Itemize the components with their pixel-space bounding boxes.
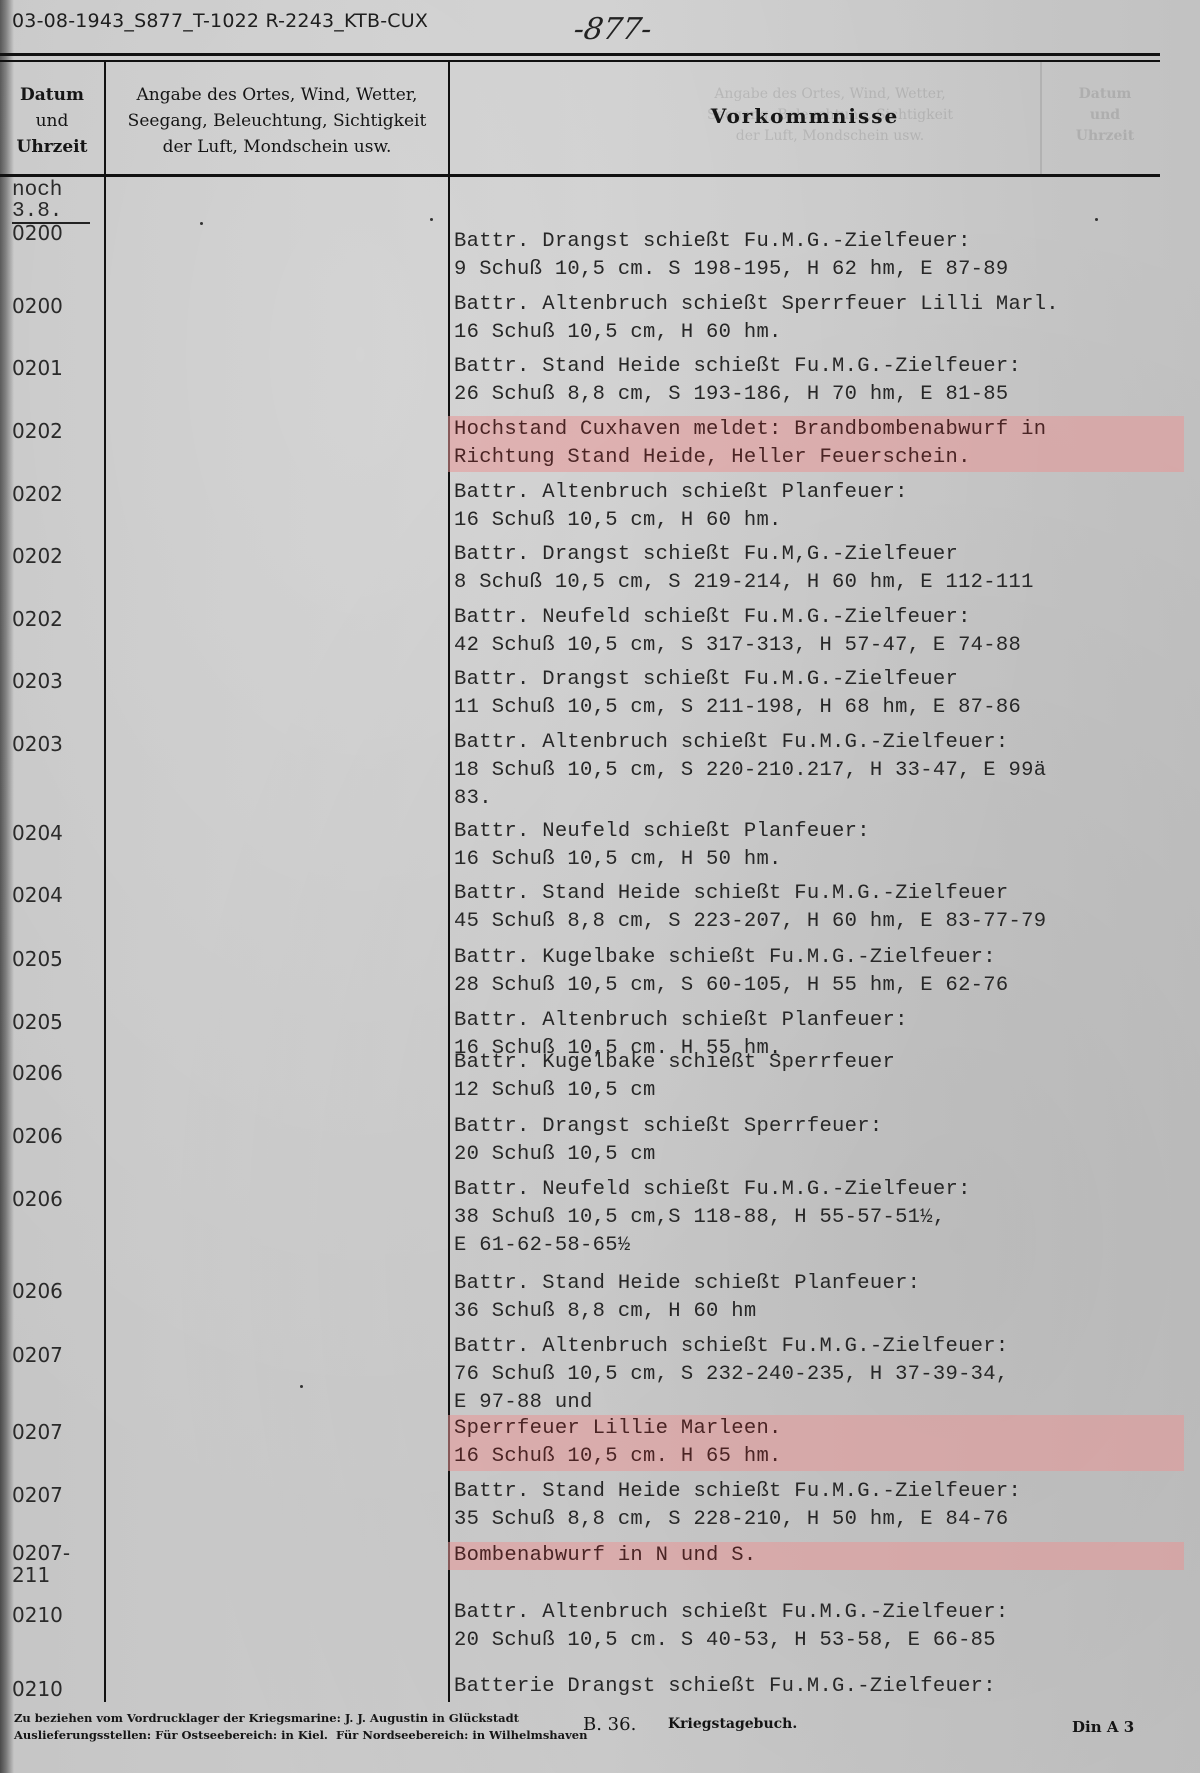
- entry-time: 0201: [12, 357, 63, 379]
- log-entry: Battr. Stand Heide schießt Fu.M.G.-Zielf…: [454, 880, 1194, 936]
- entry-time: 0206: [12, 1280, 63, 1302]
- log-entry: Batterie Drangst schießt Fu.M.G.-Zielfeu…: [454, 1673, 1194, 1701]
- log-entry: Battr. Neufeld schießt Planfeuer: 16 Sch…: [454, 818, 1194, 874]
- paper-speck: [200, 222, 203, 225]
- entry-time: 0202: [12, 420, 63, 442]
- column-divider-date: [104, 62, 106, 1702]
- entry-time: 0202: [12, 483, 63, 505]
- log-entry: Battr. Altenbruch schießt Fu.M.G.-Zielfe…: [454, 729, 1194, 813]
- header-date-line: Uhrzeit: [0, 134, 104, 160]
- entry-time: 0206: [12, 1125, 63, 1147]
- log-entry: Battr. Stand Heide schießt Fu.M.G.-Zielf…: [454, 353, 1194, 409]
- entry-time: 0210: [12, 1678, 63, 1700]
- entry-time: 0205: [12, 1011, 63, 1033]
- entry-time: 0210: [12, 1604, 63, 1626]
- column-header-place: Angabe des Ortes, Wind, Wetter, Seegang,…: [106, 82, 448, 160]
- entry-time: 0206: [12, 1062, 63, 1084]
- log-entry: Battr. Stand Heide schießt Planfeuer: 36…: [454, 1270, 1194, 1326]
- log-entry: Battr. Altenbruch schießt Fu.M.G.-Zielfe…: [454, 1599, 1194, 1655]
- log-entry: Battr. Drangst schießt Fu.M,G.-Zielfeuer…: [454, 541, 1194, 597]
- entry-time: 0202: [12, 608, 63, 630]
- log-entry: Battr. Altenbruch schießt Planfeuer: 16 …: [454, 479, 1194, 535]
- entry-time: 0207- 211: [12, 1542, 70, 1586]
- header-rule-bottom: [0, 174, 1160, 177]
- file-label: 03-08-1943_S877_T-1022 R-2243_KTB-CUX: [12, 10, 428, 32]
- entry-time: 0200: [12, 222, 63, 244]
- highlighted-log-entry: Hochstand Cuxhaven meldet: Brandbombenab…: [448, 416, 1184, 472]
- header-place-line: Angabe des Ortes, Wind, Wetter,: [106, 82, 448, 108]
- log-entry: Battr. Drangst schießt Sperrfeuer: 20 Sc…: [454, 1113, 1194, 1169]
- entry-time: 0206: [12, 1188, 63, 1210]
- log-entry: Battr. Kugelbake schießt Fu.M.G.-Zielfeu…: [454, 944, 1194, 1000]
- handwritten-page-number: -877-: [572, 12, 654, 47]
- header-place-line: der Luft, Mondschein usw.: [106, 134, 448, 160]
- header-date-line: Datum: [0, 82, 104, 108]
- paper-speck: [430, 218, 433, 221]
- entry-time: 0202: [12, 545, 63, 567]
- header-date-line: und: [0, 108, 104, 134]
- log-entry: Battr. Altenbruch schießt Fu.M.G.-Zielfe…: [454, 1333, 1194, 1417]
- log-entry: Battr. Neufeld schießt Fu.M.G.-Zielfeuer…: [454, 1176, 1194, 1260]
- column-header-date: Datum und Uhrzeit: [0, 82, 104, 160]
- date-prefix-noch: noch: [12, 180, 62, 201]
- entry-time: 0207: [12, 1484, 63, 1506]
- footer-supplier-note: Zu beziehen vom Vordrucklager der Kriegs…: [14, 1710, 587, 1744]
- footer-form-number: B. 36.: [583, 1714, 636, 1735]
- paper-speck: [1095, 218, 1098, 221]
- entry-time: 0204: [12, 884, 63, 906]
- entry-time: 0205: [12, 948, 63, 970]
- log-entry: Battr. Drangst schießt Fu.M.G.-Zielfeuer…: [454, 228, 1194, 284]
- entry-time: 0204: [12, 822, 63, 844]
- log-entry: Battr. Stand Heide schießt Fu.M.G.-Zielf…: [454, 1478, 1194, 1534]
- entry-time: 0200: [12, 295, 63, 317]
- log-entry: Battr. Altenbruch schießt Sperrfeuer Lil…: [454, 291, 1194, 347]
- entry-time: 0207: [12, 1344, 63, 1366]
- log-entry: Battr. Neufeld schießt Fu.M.G.-Zielfeuer…: [454, 604, 1194, 660]
- footer-form-title: Kriegstagebuch.: [668, 1716, 797, 1732]
- paper-speck: [300, 1385, 303, 1388]
- log-entry: Battr. Drangst schießt Fu.M.G.-Zielfeuer…: [454, 666, 1194, 722]
- highlighted-log-entry: Sperrfeuer Lillie Marleen. 16 Schuß 10,5…: [448, 1415, 1184, 1471]
- highlighted-log-entry: Bombenabwurf in N und S.: [448, 1542, 1184, 1570]
- bleed-through-header: Angabe des Ortes, Wind, Wetter,Seegang, …: [700, 84, 960, 147]
- bleed-through-header: DatumundUhrzeit: [1060, 84, 1150, 147]
- entry-time: 0203: [12, 670, 63, 692]
- footer-paper-size: Din A 3: [1072, 1718, 1134, 1736]
- header-rule-top: [0, 53, 1160, 56]
- header-rule-top-2: [0, 60, 1160, 62]
- entry-time: 0207: [12, 1421, 63, 1443]
- header-place-line: Seegang, Beleuchtung, Sichtigkeit: [106, 108, 448, 134]
- log-entry: Battr. Kugelbake schießt Sperrfeuer 12 S…: [454, 1049, 1194, 1105]
- entry-time: 0203: [12, 733, 63, 755]
